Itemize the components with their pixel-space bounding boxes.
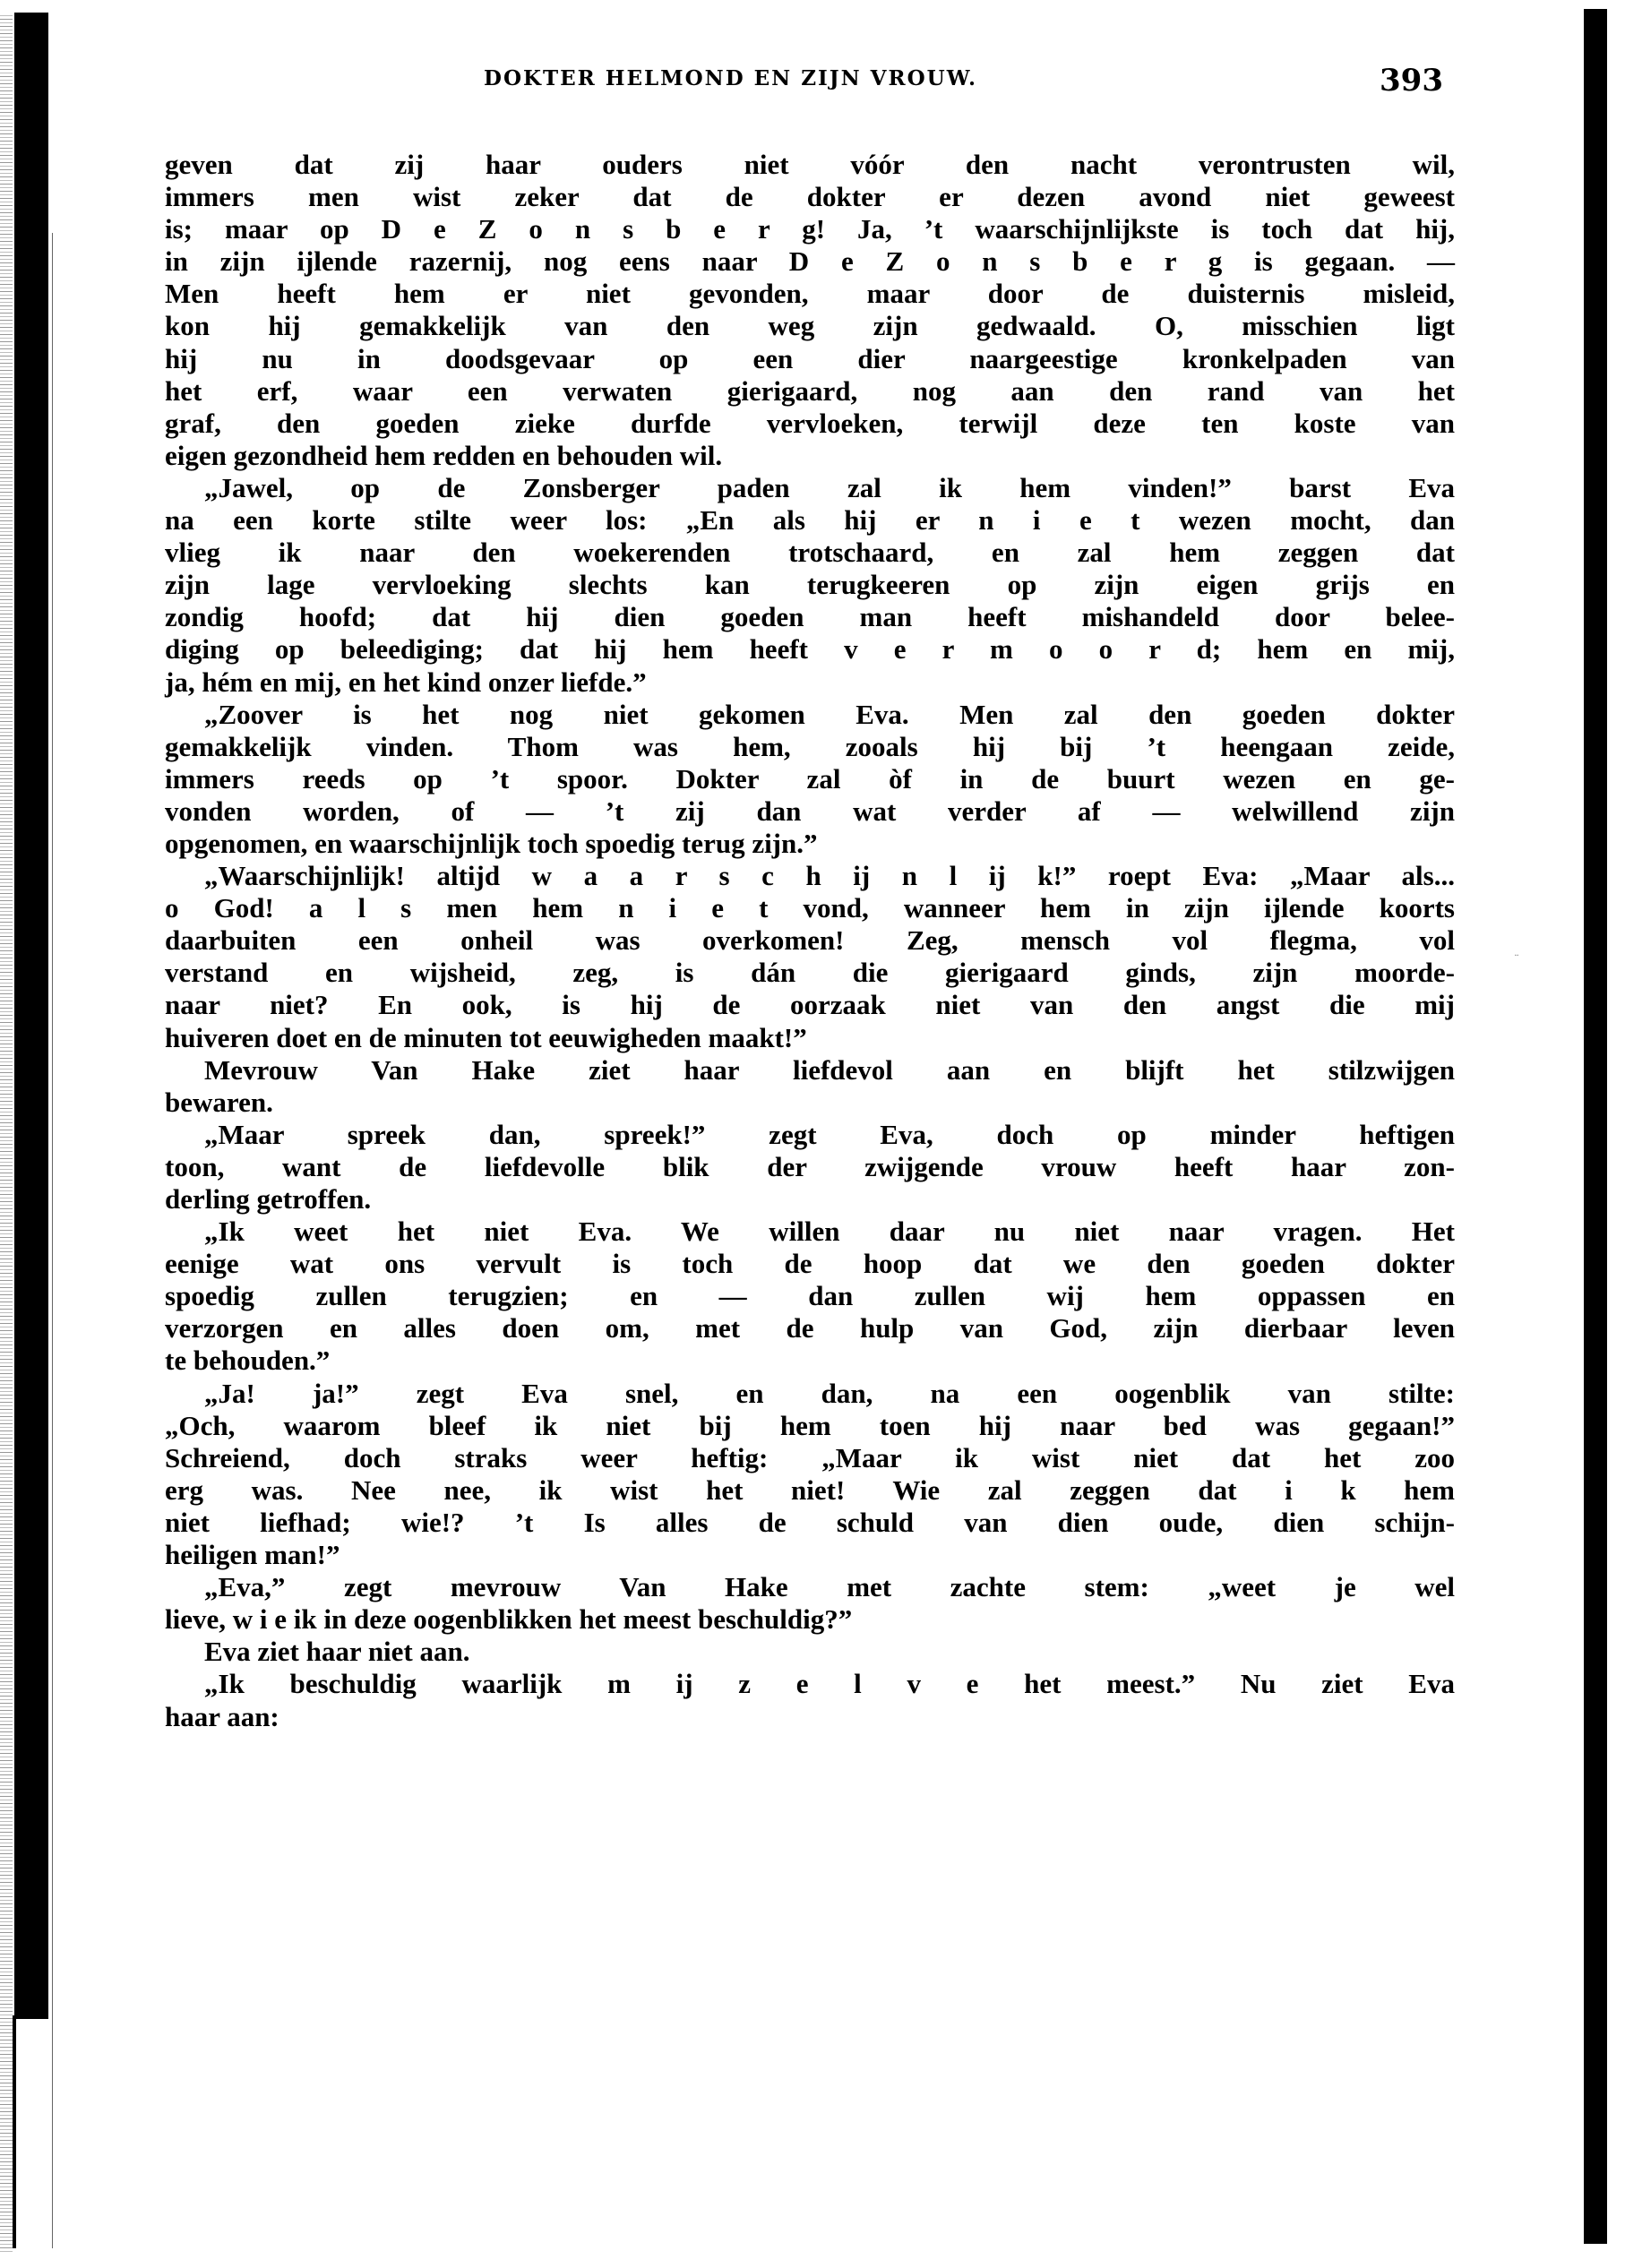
text-line: immers reeds op ’t spoor. Dokter zal òf … [165,763,1455,795]
text-line: bewaren. [165,1087,1455,1119]
text-line: zijn lage vervloeking slechts kan terugk… [165,569,1455,601]
text-line: ja, hém en mij, en het kind onzer liefde… [165,666,1455,699]
text-line: Eva ziet haar niet aan. [165,1636,1455,1668]
text-line: lieve, w i e ik in deze oogenblikken het… [165,1603,1455,1636]
text-line: gemakkelijk vinden. Thom was hem, zooals… [165,731,1455,763]
text-line: kon hij gemakkelijk van den weg zijn ged… [165,310,1455,342]
text-line: „Jawel, op de Zonsberger paden zal ik he… [165,472,1455,504]
text-line: erg was. Nee nee, ik wist het niet! Wie … [165,1474,1455,1507]
text-line: „Zoover is het nog niet gekomen Eva. Men… [165,699,1455,731]
text-line: huiveren doet en de minuten tot eeuwighe… [165,1022,1455,1054]
text-line: is; maar op D e Z o n s b e r g! Ja, ’t … [165,213,1455,245]
text-line: te behouden.” [165,1344,1455,1377]
text-line: daarbuiten een onheil was overkomen! Zeg… [165,924,1455,957]
text-line: haar aan: [165,1701,1455,1733]
page-number: 393 [1380,63,1443,99]
text-line: vlieg ik naar den woekerenden trotschaar… [165,537,1455,569]
text-line: Schreiend, doch straks weer heftig: „Maa… [165,1442,1455,1474]
text-line: o God! a l s men hem n i e t vond, wanne… [165,892,1455,924]
text-line: niet liefhad; wie!? ’t Is alles de schul… [165,1507,1455,1539]
text-line: „Maar spreek dan, spreek!” zegt Eva, doc… [165,1119,1455,1151]
text-line: „Ja! ja!” zegt Eva snel, en dan, na een … [165,1378,1455,1410]
text-line: eigen gezondheid hem redden en behouden … [165,440,1455,472]
text-line: zondig hoofd; dat hij dien goeden man he… [165,601,1455,633]
binding-shadow [0,13,13,2252]
text-line: in zijn ijlende razernij, nog eens naar … [165,245,1455,278]
text-line: Mevrouw Van Hake ziet haar liefdevol aan… [165,1054,1455,1087]
text-line: verstand en wijsheid, zeg, is dán die gi… [165,957,1455,989]
text-line: naar niet? En ook, is hij de oorzaak nie… [165,989,1455,1021]
text-line: geven dat zij haar ouders niet vóór den … [165,149,1455,181]
text-line: opgenomen, en waarschijnlijk toch spoedi… [165,828,1455,860]
running-head: DOKTER HELMOND EN ZIJN VROUW. [484,66,1111,90]
text-line: immers men wist zeker dat de dokter er d… [165,181,1455,213]
text-line: verzorgen en alles doen om, met de hulp … [165,1312,1455,1344]
text-line: spoedig zullen terugzien; en — dan zulle… [165,1280,1455,1312]
text-line: toon, want de liefdevolle blik der zwijg… [165,1151,1455,1183]
text-line: na een korte stilte weer los: „En als hi… [165,504,1455,537]
text-line: het erf, waar een verwaten gierigaard, n… [165,375,1455,408]
text-line: heiligen man!” [165,1539,1455,1571]
right-scan-edge [1584,9,1607,2244]
stray-mark: ¨ [1514,953,1519,966]
left-scan-edge-lower [13,2015,16,2248]
text-line: hij nu in doodsgevaar op een dier naarge… [165,343,1455,375]
text-line: diging op beleediging; dat hij hem heeft… [165,633,1455,666]
text-line: „Eva,” zegt mevrouw Van Hake met zachte … [165,1571,1455,1603]
text-line: „Waarschijnlijk! altijd w a a r s c h ij… [165,860,1455,892]
text-line: derling getroffen. [165,1183,1455,1216]
left-margin-rule [52,233,53,2248]
body-text: geven dat zij haar ouders niet vóór den … [165,149,1455,1733]
text-line: Men heeft hem er niet gevonden, maar doo… [165,278,1455,310]
text-line: „Och, waarom bleef ik niet bij hem toen … [165,1410,1455,1442]
left-scan-edge [14,13,48,2019]
text-line: vonden worden, of — ’t zij dan wat verde… [165,795,1455,828]
text-line: „Ik beschuldig waarlijk m ij z e l v e h… [165,1668,1455,1700]
text-line: eenige wat ons vervult is toch de hoop d… [165,1248,1455,1280]
text-line: „Ik weet het niet Eva. We willen daar nu… [165,1216,1455,1248]
text-line: graf, den goeden zieke durfde vervloeken… [165,408,1455,440]
